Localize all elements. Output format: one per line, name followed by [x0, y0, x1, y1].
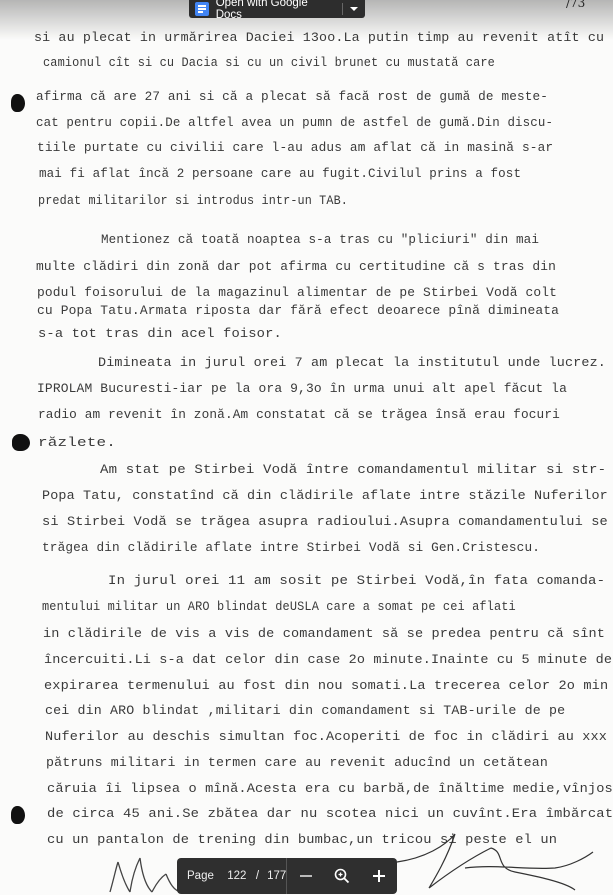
minus-icon	[300, 875, 312, 877]
open-with-dropdown-button[interactable]	[343, 0, 365, 18]
caret-down-icon	[350, 7, 358, 11]
text-line: tiile purtate cu civilii care l-au adus …	[37, 140, 553, 155]
text-line: mentului militar un ARO blindat deUSLA c…	[42, 599, 516, 614]
text-line: in clădirile de vis a vis de comandament…	[43, 626, 605, 641]
text-line: trăgea din clădirile aflate intre Stirbe…	[42, 540, 540, 555]
text-line: In jurul orei 11 am sosit pe Stirbei Vod…	[108, 573, 605, 588]
text-line: pătruns militari in termen care au reven…	[46, 755, 548, 770]
text-line: si au plecat in urmărirea Daciei 13oo.La…	[34, 30, 604, 45]
text-line: căruia îi lipsea o mînă.Acesta era cu ba…	[47, 781, 613, 796]
text-line: încercuiti.Li s-a dat celor din case 2o …	[44, 652, 612, 667]
open-with-google-docs-button[interactable]: Open with Google Docs	[189, 0, 334, 18]
text-line: si Stirbei Vodă se trăgea asupra radioul…	[42, 514, 608, 529]
total-pages: 177	[267, 870, 286, 882]
text-line: mai fi aflat încă 2 persoane care au fug…	[39, 166, 521, 181]
signature-right	[395, 828, 595, 895]
page-toolbar: Page 122 / 177	[177, 858, 397, 894]
text-line: Nuferilor au deschis simultan foc.Acoper…	[45, 729, 607, 744]
page-number-mark: /73	[566, 0, 585, 10]
punch-hole-mark	[11, 806, 25, 824]
text-line: afirma că are 27 ani si că a plecat să f…	[36, 89, 548, 104]
text-line: s-a tot tras din acel foisor.	[38, 326, 282, 341]
zoom-reset-button[interactable]	[324, 858, 361, 894]
page-label: Page	[187, 870, 214, 882]
text-line: expirarea termenului au fost din nou som…	[44, 678, 608, 693]
text-line: Dimineata in jurul orei 7 am plecat la i…	[98, 355, 606, 370]
text-line: cat pentru copii.De altfel avea un pumn …	[36, 115, 553, 130]
text-line: Mentionez că toată noaptea s-a tras cu "…	[101, 232, 539, 247]
document-page: /73 si au plecat in urmărirea Daciei 13o…	[0, 0, 613, 895]
zoom-in-button[interactable]	[360, 858, 397, 894]
text-line: IPROLAM Bucuresti-iar pe la ora 9,3o în …	[37, 381, 567, 396]
text-line: răzlete.	[38, 435, 116, 450]
plus-icon	[373, 870, 385, 882]
google-docs-icon	[195, 2, 209, 16]
page-separator: /	[256, 870, 259, 882]
open-with-bar: Open with Google Docs	[189, 0, 365, 18]
text-line: cu Popa Tatu.Armata riposta dar fără efe…	[37, 303, 559, 318]
magnifier-icon	[334, 868, 350, 884]
text-line: predat militarilor si introdus intr-un T…	[38, 193, 348, 208]
text-line: camionul cît si cu Dacia si cu un civil …	[43, 55, 495, 70]
punch-hole-mark	[11, 94, 25, 112]
text-line: de circa 45 ani.Se zbătea dar nu scotea …	[47, 806, 613, 821]
punch-hole-mark	[12, 434, 30, 451]
text-line: podul foisorului de la magazinul aliment…	[37, 285, 557, 300]
text-line: radio am revenit în zonă.Am constatat că…	[38, 407, 560, 422]
text-line: Popa Tatu, constatînd că din clădirile a…	[42, 488, 608, 503]
page-indicator: Page 122 / 177	[177, 870, 286, 882]
zoom-out-button[interactable]	[287, 858, 324, 894]
text-line: cei din ARO blindat ,militari din comand…	[45, 703, 565, 718]
current-page-input[interactable]: 122	[222, 870, 252, 882]
open-with-label: Open with Google Docs	[216, 0, 335, 21]
text-line: Am stat pe Stirbei Vodă între comandamen…	[100, 462, 606, 477]
text-line: multe clădiri din zonă dar pot afirma cu…	[36, 259, 556, 274]
